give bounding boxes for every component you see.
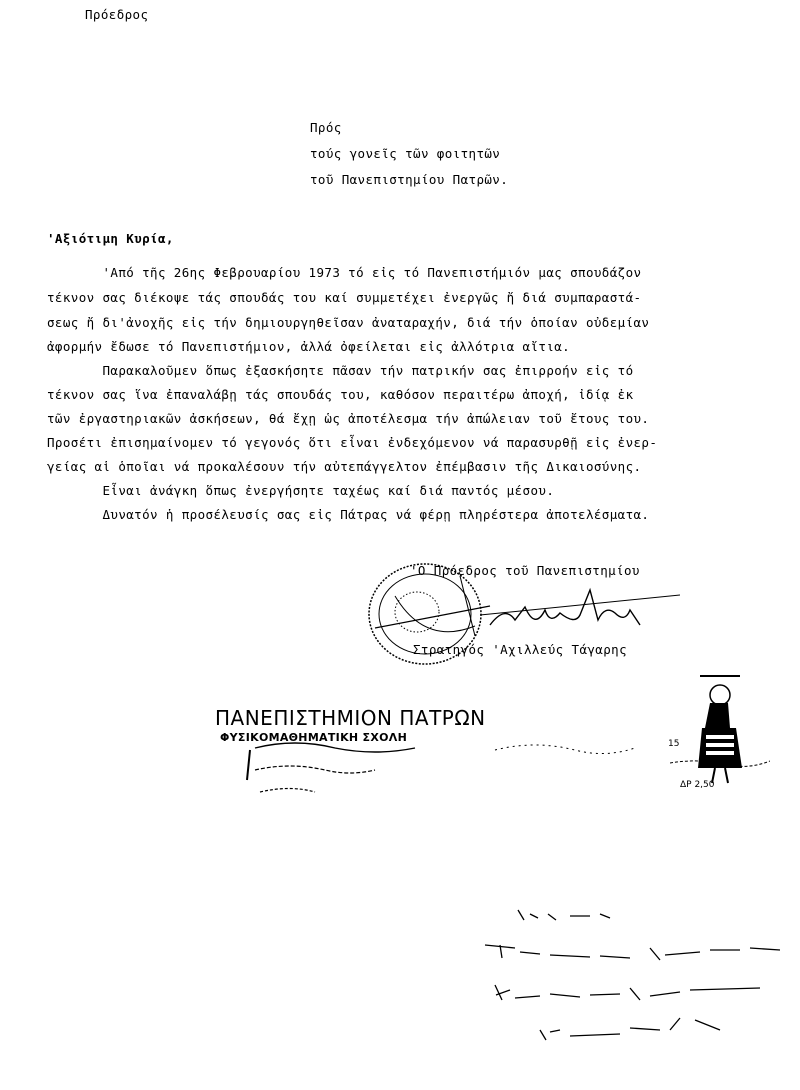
body-line: τῶν ἐργαστηριακῶν ἀσκήσεων, θά ἔχῃ ὡς ἀπ… xyxy=(47,411,649,426)
body-line: Προσέτι ἐπισημαίνομεν τό γεγονός ὅτι εἶν… xyxy=(47,435,657,450)
body-line: ἀφορμήν ἔδωσε τό Πανεπιστήμιον, ἀλλά ὀφε… xyxy=(47,339,570,354)
postage-stamp xyxy=(670,673,770,793)
signatory-name: Στρατηγός 'Αχιλλεύς Τάγαρης xyxy=(413,642,627,657)
body-line: 'Από τῆς 26ης Φεβρουαρίου 1973 τό εἰς τό… xyxy=(47,265,641,280)
address-line: τοῦ Πανεπιστημίου Πατρῶν. xyxy=(310,172,508,187)
body-line: Δυνατόν ἡ προσέλευσίς σας εἰς Πάτρας νά … xyxy=(47,507,649,522)
postmark-cancel-lines xyxy=(235,740,655,810)
body-line: τέκνον σας ἵνα ἐπαναλάβῃ τάς σπουδάς του… xyxy=(47,387,634,402)
body-line: τέκνον σας διέκοψε τάς σπουδάς του καί σ… xyxy=(47,290,641,305)
header-mark: Πρόεδρος xyxy=(85,7,148,22)
body-line: Εἶναι ἀνάγκη ὅπως ἐνεργήσητε ταχέως καί … xyxy=(47,483,554,498)
signature-title: 'Ο Πρόεδρος τοῦ Πανεπιστημίου xyxy=(410,563,640,578)
stamp-value: ΔΡ 2,50 xyxy=(680,780,714,790)
body-line: Παρακαλοῦμεν ὅπως ἐξασκήσητε πᾶσαν τήν π… xyxy=(47,363,634,378)
salutation: 'Αξιότιμη Κυρία, xyxy=(47,231,174,246)
handwritten-signature xyxy=(480,585,680,645)
handwritten-address-strokes xyxy=(460,900,800,1050)
body-line: γείας αἱ ὁποῖαι νά προκαλέσουν τήν αὐτεπ… xyxy=(47,459,641,474)
postmark-institution: ΠΑΝΕΠΙΣΤΗΜΙΟΝ ΠΑΤΡΩΝ xyxy=(215,706,486,730)
address-line: Πρός xyxy=(310,120,342,135)
address-line: τούς γονεῖς τῶν φοιτητῶν xyxy=(310,146,500,161)
body-line: σεως ἤ δι'ἀνοχῆς εἰς τήν δημιουργηθεῖσαν… xyxy=(47,315,649,330)
